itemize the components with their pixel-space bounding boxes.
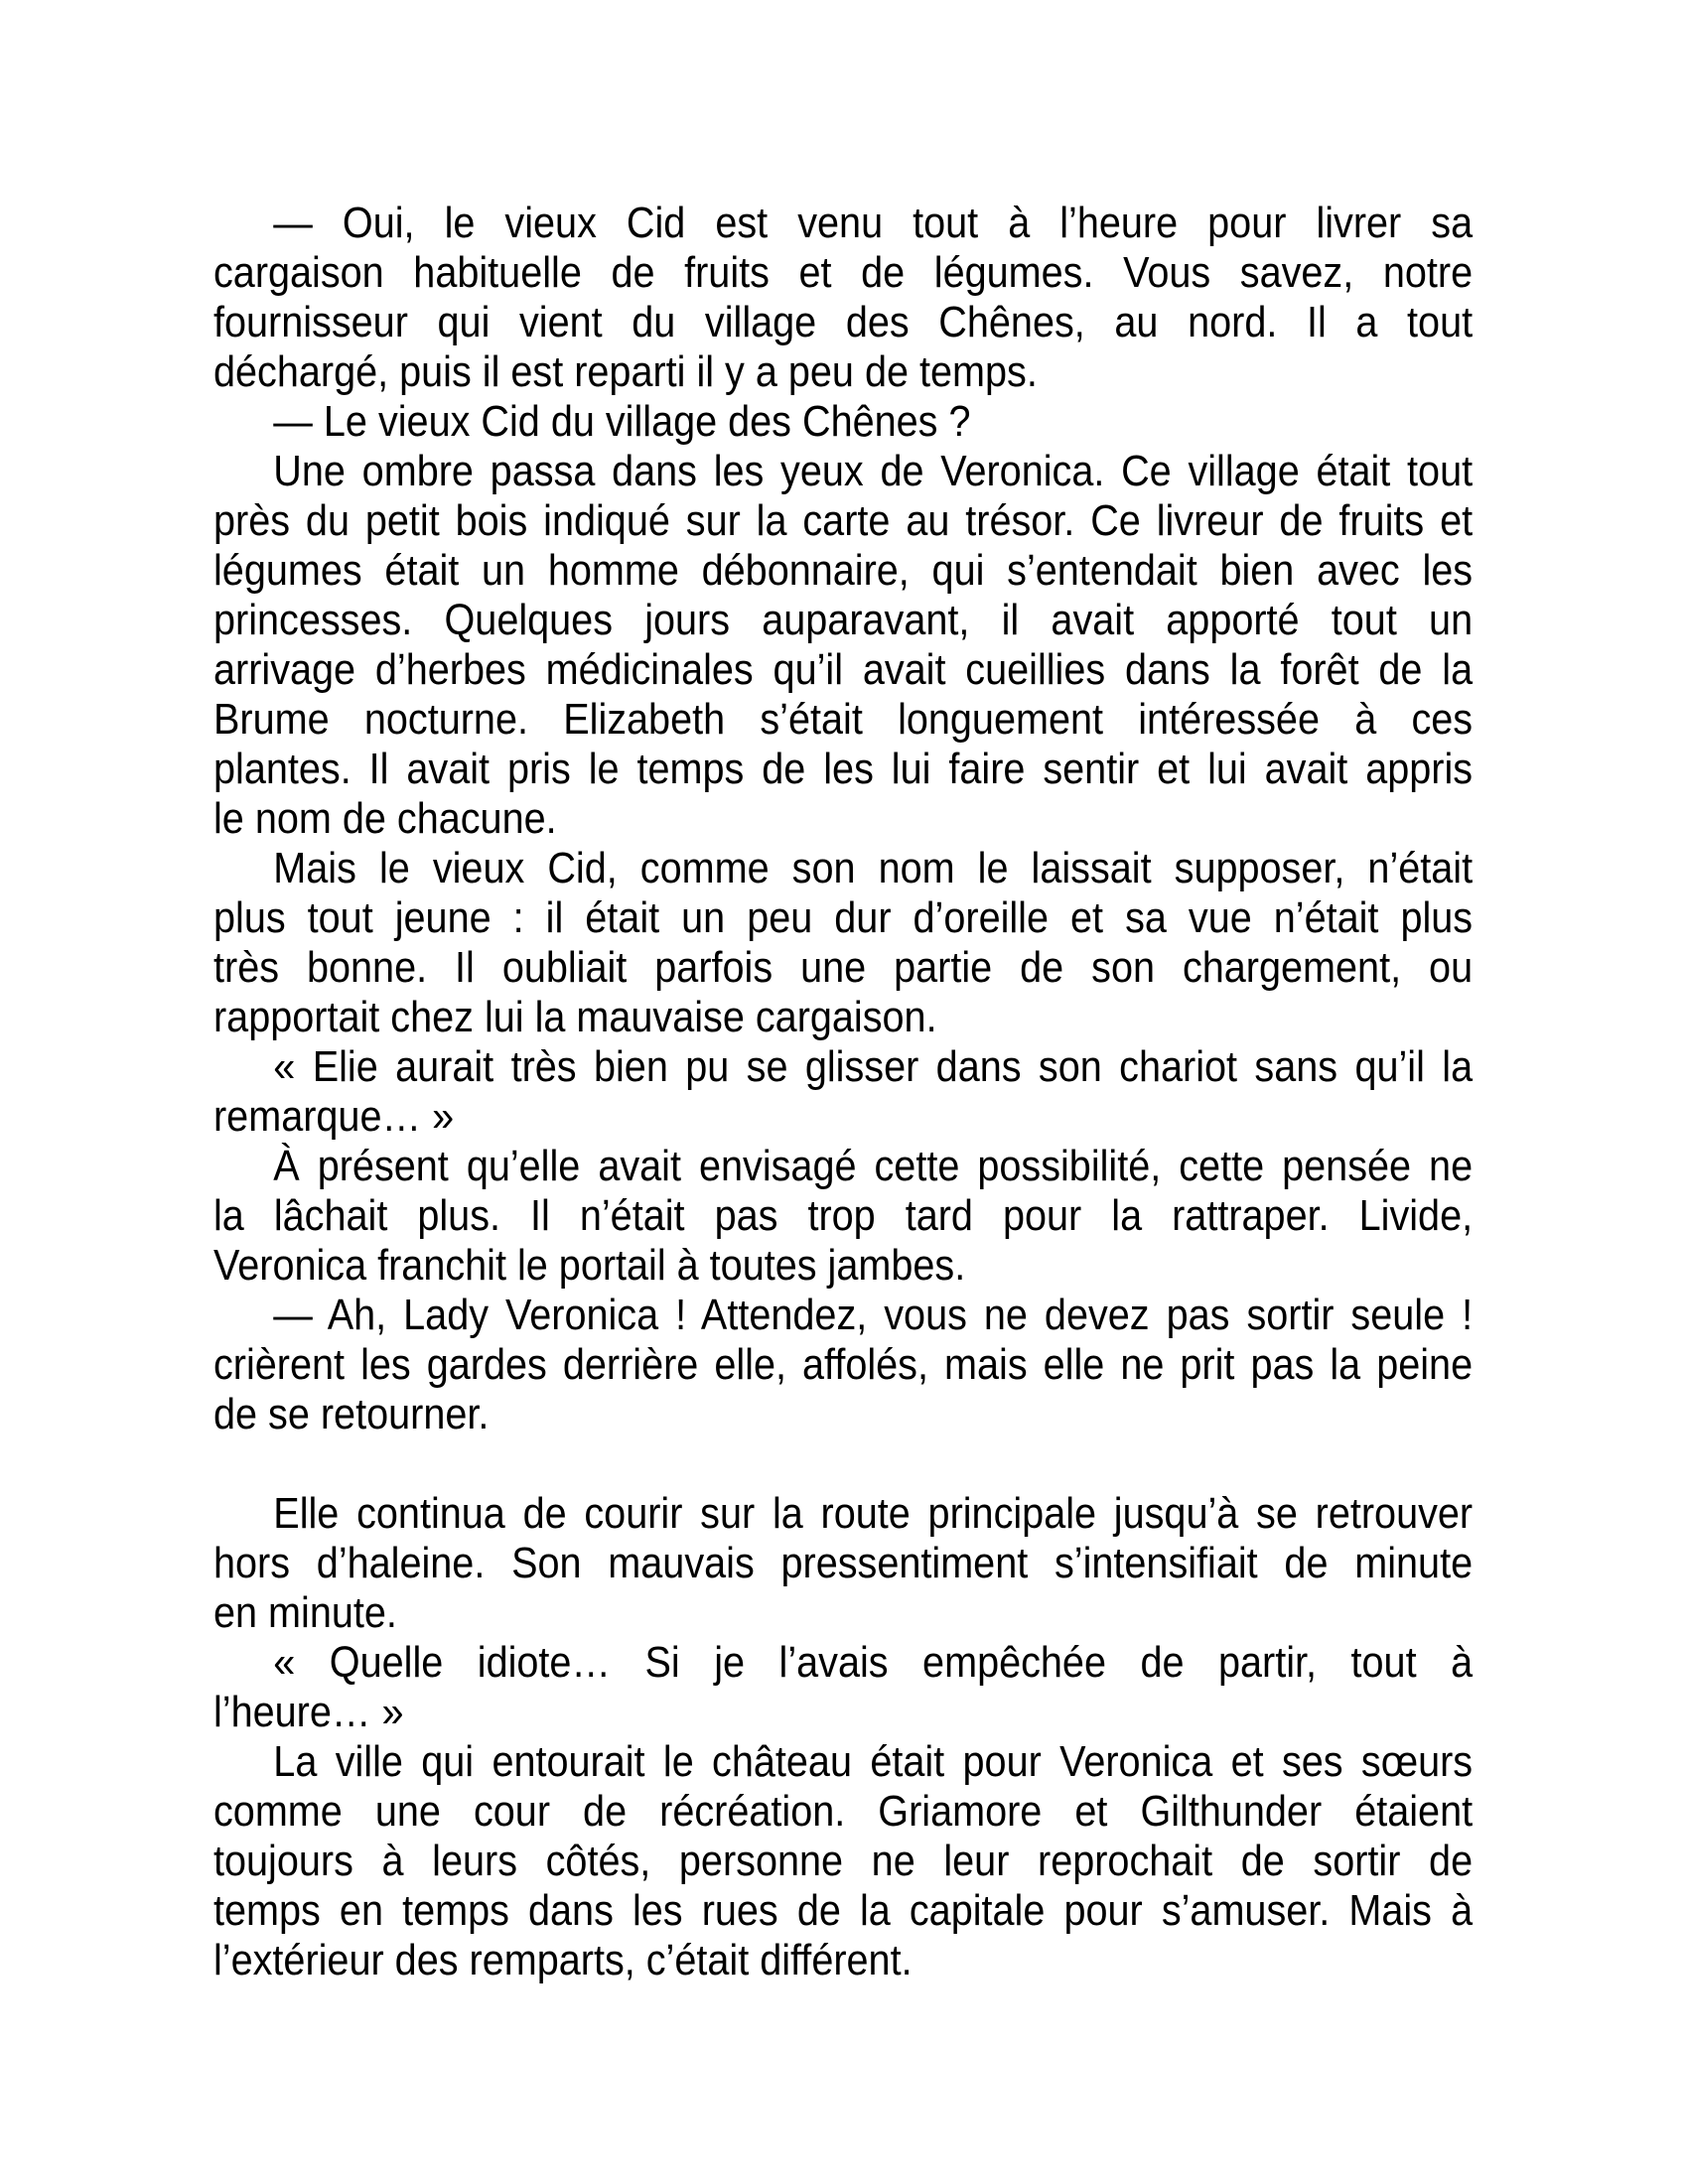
text-line: crièrent les gardes derrière elle, affol… (213, 1340, 1473, 1390)
page: — Oui, le vieux Cid est venu tout à l’he… (0, 0, 1688, 2184)
text-line: arrivage d’herbes médicinales qu’il avai… (213, 645, 1473, 695)
text-line: plantes. Il avait pris le temps de les l… (213, 745, 1473, 794)
paragraph: La ville qui entourait le château était … (213, 1737, 1473, 1985)
paragraph: « Quelle idiote… Si je l’avais empêchée … (213, 1638, 1473, 1737)
text-line: Mais le vieux Cid, comme son nom le lais… (213, 844, 1473, 893)
paragraph: Mais le vieux Cid, comme son nom le lais… (213, 844, 1473, 1042)
paragraph: « Elie aurait très bien pu se glisser da… (213, 1042, 1473, 1142)
text-line: en minute. (213, 1588, 1473, 1638)
paragraph: — Le vieux Cid du village des Chênes ? (213, 397, 1473, 447)
paragraph: — Oui, le vieux Cid est venu tout à l’he… (213, 199, 1473, 397)
text-line: près du petit bois indiqué sur la carte … (213, 496, 1473, 546)
text-line: — Le vieux Cid du village des Chênes ? (213, 397, 1473, 447)
text-line: légumes était un homme débonnaire, qui s… (213, 546, 1473, 596)
text-line: — Oui, le vieux Cid est venu tout à l’he… (213, 199, 1473, 248)
paragraph: Elle continua de courir sur la route pri… (213, 1489, 1473, 1638)
text-line: — Ah, Lady Veronica ! Attendez, vous ne … (213, 1291, 1473, 1340)
text-line: Elle continua de courir sur la route pri… (213, 1489, 1473, 1539)
text-line: Brume nocturne. Elizabeth s’était longue… (213, 695, 1473, 745)
text-line: hors d’haleine. Son mauvais pressentimen… (213, 1539, 1473, 1588)
text-line: comme une cour de récréation. Griamore e… (213, 1787, 1473, 1837)
text-line: plus tout jeune : il était un peu dur d’… (213, 893, 1473, 943)
text-block: — Oui, le vieux Cid est venu tout à l’he… (213, 199, 1473, 1985)
text-line: déchargé, puis il est reparti il y a peu… (213, 347, 1473, 397)
text-line: l’extérieur des remparts, c’était différ… (213, 1936, 1473, 1985)
text-line: très bonne. Il oubliait parfois une part… (213, 943, 1473, 993)
text-line: princesses. Quelques jours auparavant, i… (213, 596, 1473, 645)
text-line: cargaison habituelle de fruits et de lég… (213, 248, 1473, 298)
book-page-screenshot: { "style": { "background_color": "#fffff… (0, 0, 1688, 2184)
text-line: le nom de chacune. (213, 794, 1473, 844)
text-line: toujours à leurs côtés, personne ne leur… (213, 1837, 1473, 1886)
text-line: fournisseur qui vient du village des Chê… (213, 298, 1473, 347)
paragraph: — Ah, Lady Veronica ! Attendez, vous ne … (213, 1291, 1473, 1439)
paragraph: Une ombre passa dans les yeux de Veronic… (213, 447, 1473, 844)
text-line: rapportait chez lui la mauvaise cargaiso… (213, 993, 1473, 1042)
text-line: À présent qu’elle avait envisagé cette p… (213, 1142, 1473, 1191)
text-line: La ville qui entourait le château était … (213, 1737, 1473, 1787)
text-line: temps en temps dans les rues de la capit… (213, 1886, 1473, 1936)
text-line: « Elie aurait très bien pu se glisser da… (213, 1042, 1473, 1092)
text-line: « Quelle idiote… Si je l’avais empêchée … (213, 1638, 1473, 1688)
text-line: Veronica franchit le portail à toutes ja… (213, 1241, 1473, 1291)
text-line: la lâchait plus. Il n’était pas trop tar… (213, 1191, 1473, 1241)
text-line: l’heure… » (213, 1688, 1473, 1737)
text-line: Une ombre passa dans les yeux de Veronic… (213, 447, 1473, 496)
text-line: de se retourner. (213, 1390, 1473, 1439)
paragraph: À présent qu’elle avait envisagé cette p… (213, 1142, 1473, 1291)
text-line: remarque… » (213, 1092, 1473, 1142)
